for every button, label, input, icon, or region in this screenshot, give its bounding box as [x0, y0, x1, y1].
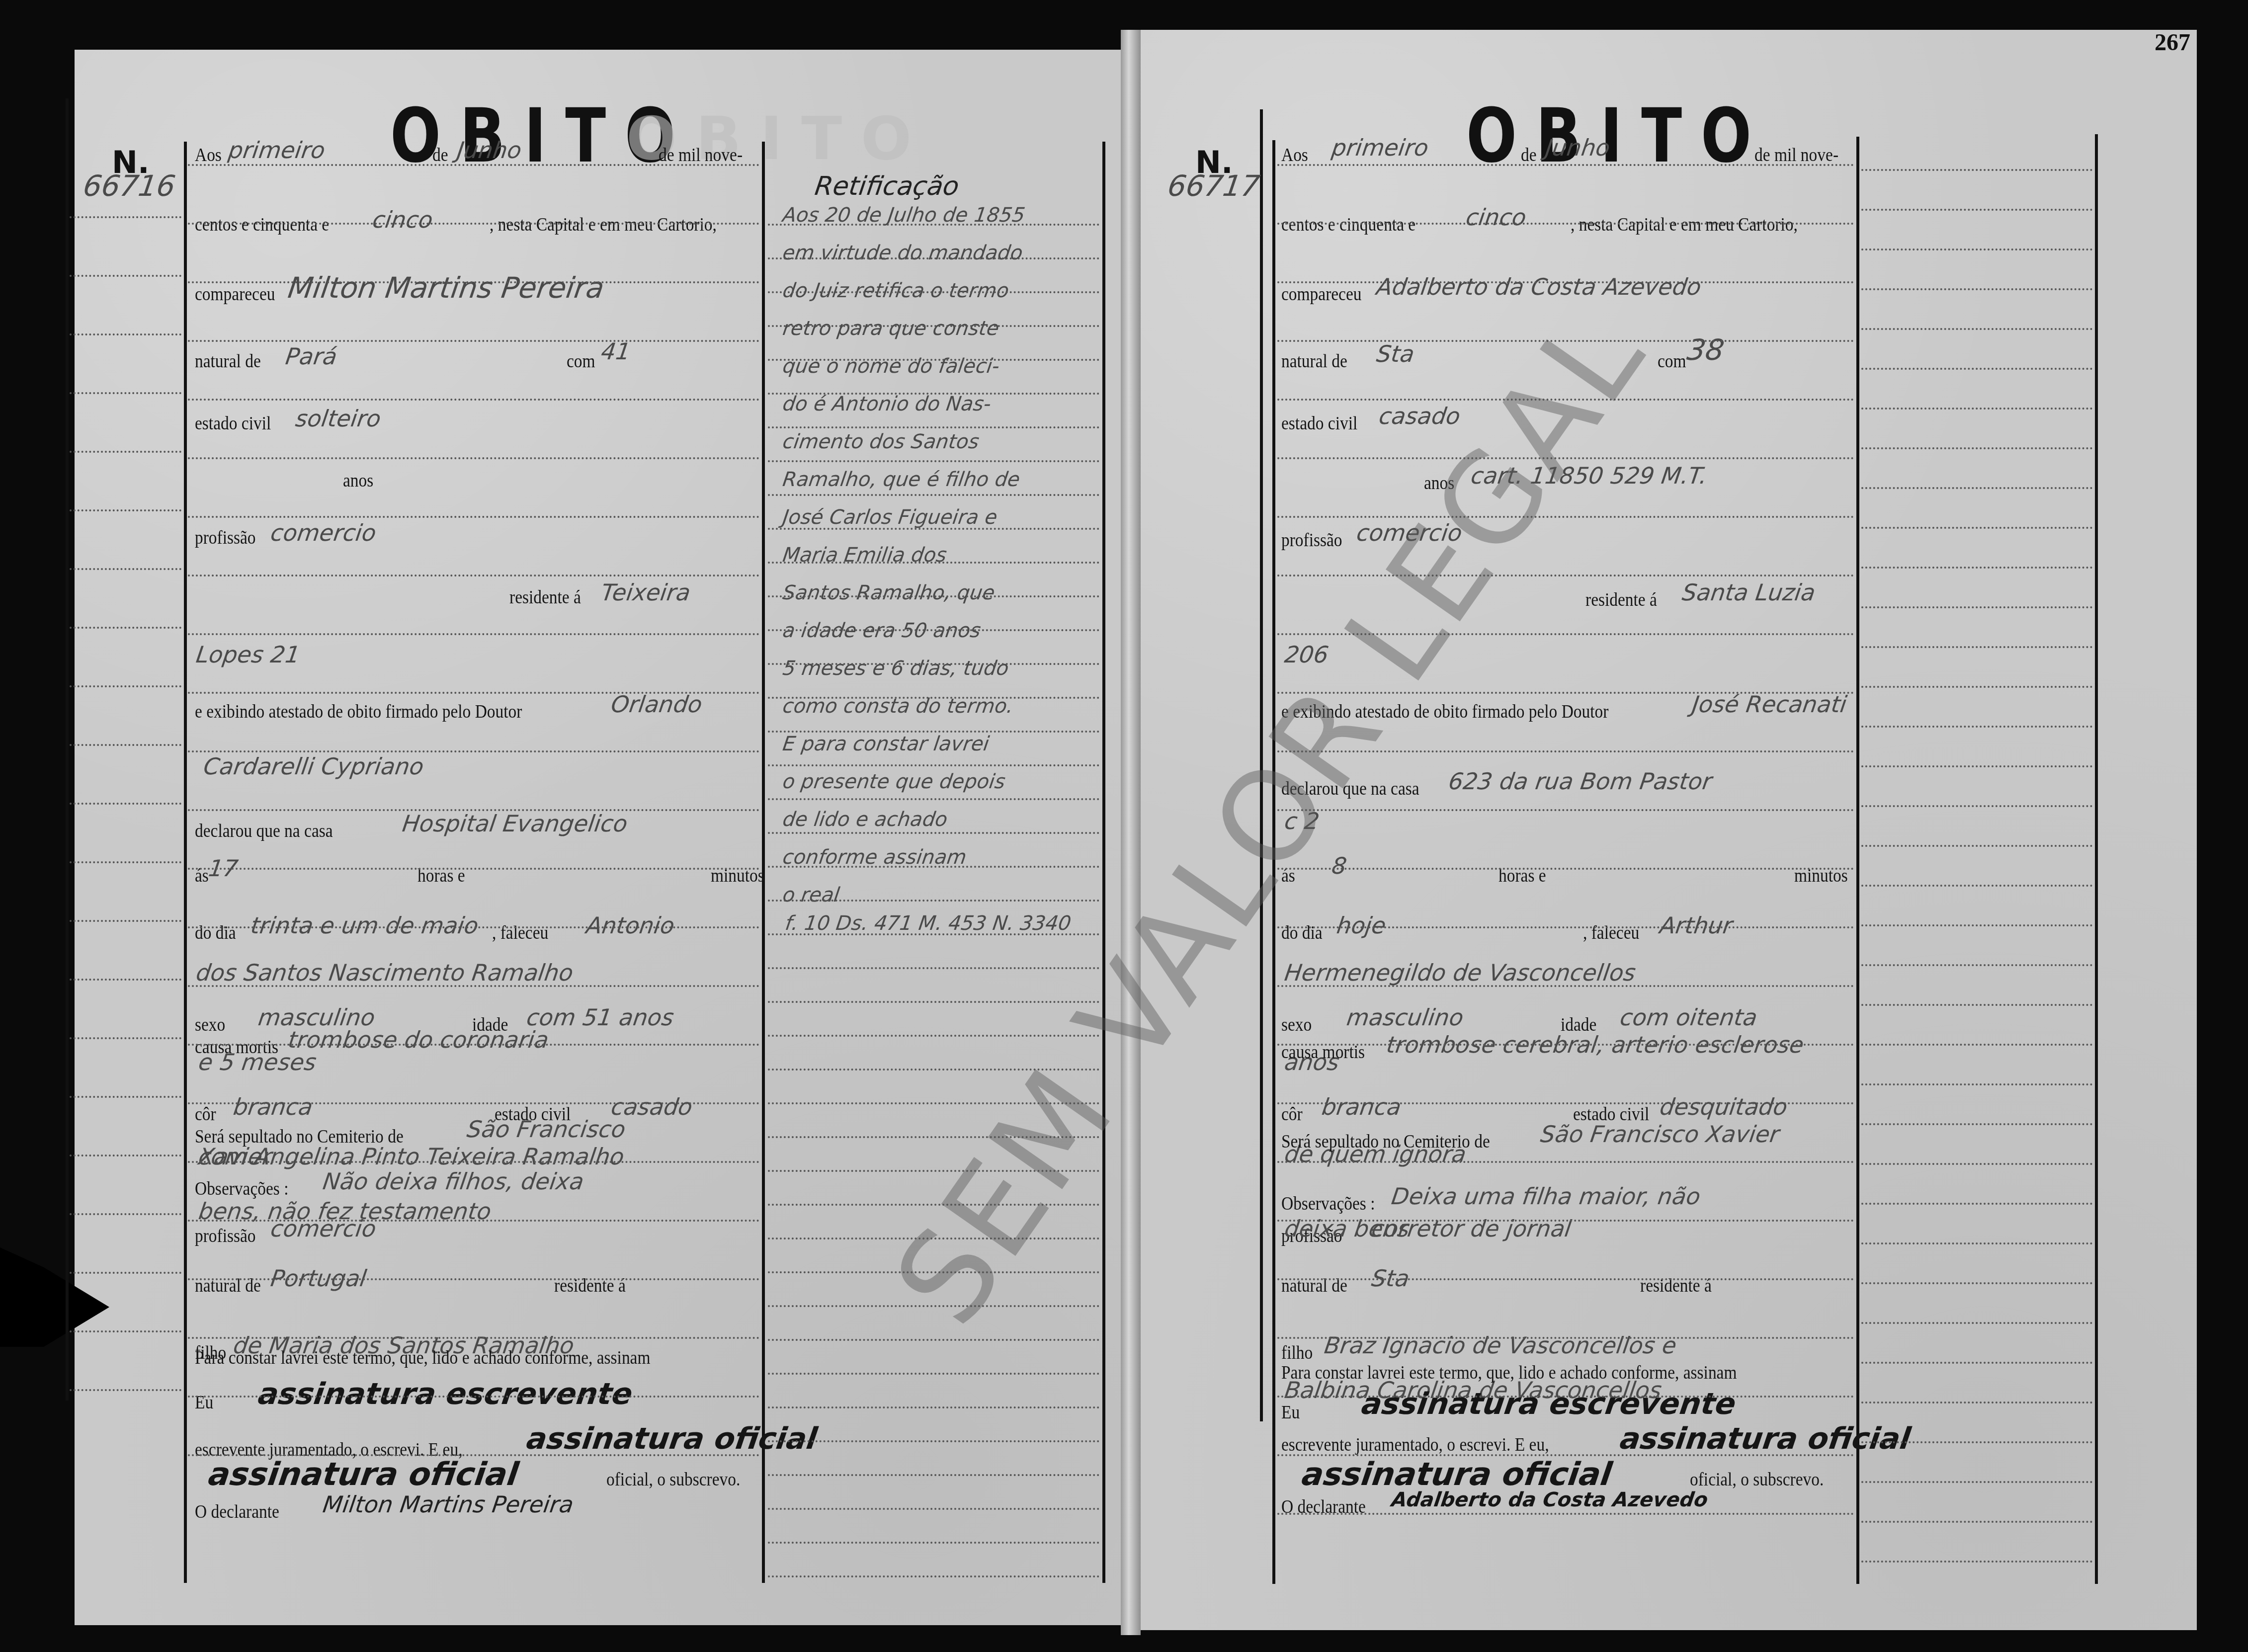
label-nesta-capital: , nesta Capital e em meu Cartorio, — [490, 214, 717, 236]
label-atestado: e exibindo atestado de obito firmado pel… — [195, 701, 522, 723]
field-declarant-age: 41 — [599, 338, 632, 365]
ruled-line — [768, 528, 1099, 530]
ruled-line — [1861, 1402, 2092, 1404]
ruled-line — [1277, 1454, 1854, 1456]
ruled-line — [70, 1096, 181, 1098]
label-declarante: O declarante — [195, 1501, 279, 1523]
label-natural: natural de — [195, 350, 261, 372]
r-field-day: primeiro — [1330, 134, 1430, 161]
field-doctor-2: Cardarelli Cypriano — [202, 753, 425, 780]
page-number: 267 — [2155, 29, 2190, 56]
margin-note-line: do é Antonio do Nas- — [781, 393, 993, 415]
ruled-line — [768, 1542, 1099, 1544]
ruled-line — [188, 1220, 759, 1222]
ruled-line — [768, 325, 1099, 327]
ruled-line — [70, 920, 181, 922]
margin-note-line: Santos Ramalho, que — [781, 581, 997, 604]
record-number: 66716 — [81, 169, 177, 203]
margin-note-line: que o nome do faleci- — [781, 355, 1001, 378]
field-observations-1: Não deixa filhos, deixa — [321, 1168, 585, 1195]
r-label-cor: côr — [1281, 1103, 1303, 1125]
label-observacoes: Observações : — [195, 1178, 288, 1200]
ruled-line — [768, 1339, 1099, 1341]
ruled-line — [1861, 686, 2092, 688]
r-label-centos: centos e cinquenta e — [1281, 214, 1415, 236]
ruled-line — [1277, 926, 1854, 928]
r-field-declarant: Adalberto da Costa Azevedo — [1375, 273, 1703, 300]
ruled-line — [1861, 368, 2092, 370]
ruled-line — [1861, 726, 2092, 728]
ruled-line — [188, 575, 759, 577]
ruled-line — [768, 562, 1099, 564]
ruled-line — [1861, 447, 2092, 449]
ruled-line — [1861, 1561, 2092, 1563]
margin-note-line: de lido e achado — [781, 808, 949, 831]
ruled-line — [70, 1330, 181, 1332]
r-field-parents-1: Braz Ignacio de Vasconcellos e — [1323, 1332, 1678, 1359]
ruled-line — [70, 216, 181, 218]
ruled-line — [768, 900, 1099, 902]
label-para-constar: Para constar lavrei este termo, que, lid… — [195, 1347, 650, 1369]
ruled-line — [768, 1508, 1099, 1510]
ruled-line — [1861, 1123, 2092, 1125]
ruled-line — [768, 1305, 1099, 1307]
r-label-de-mil: de mil nove- — [1754, 144, 1838, 166]
label-do-dia: do dia — [195, 922, 236, 944]
ruled-line — [768, 1136, 1099, 1138]
r-label-de: de — [1521, 144, 1537, 166]
label-faleceu: , faleceu — [492, 922, 548, 944]
label-cor: côr — [195, 1103, 216, 1125]
r-field-cemetery: São Francisco Xavier — [1539, 1121, 1781, 1148]
margin-note-line: em virtude do mandado — [781, 242, 1024, 264]
label-profissao: profissão — [195, 527, 256, 549]
ruled-line — [1861, 885, 2092, 887]
r-label-do-dia: do dia — [1281, 922, 1323, 944]
left-form-border-left — [184, 142, 187, 1583]
ruled-line — [1277, 633, 1854, 635]
field-declarant-residence-1: Teixeira — [599, 579, 692, 606]
label-causa: causa mortis — [195, 1036, 278, 1058]
ruled-line — [188, 457, 759, 459]
ruled-line — [188, 1278, 759, 1280]
field-declarant-civil: solteiro — [294, 405, 383, 432]
ruled-line — [188, 633, 759, 635]
ruled-line — [1277, 340, 1854, 342]
r-field-declarant-civil: casado — [1377, 403, 1462, 429]
ruled-line — [1277, 575, 1854, 577]
ruled-line — [70, 333, 181, 335]
r-label-residente: residente á — [1585, 589, 1657, 611]
ruled-line — [1861, 209, 2092, 211]
field-month: Junho — [455, 137, 523, 164]
ruled-line — [1861, 169, 2092, 171]
ruled-line — [768, 764, 1099, 766]
signature-declarant: Milton Martins Pereira — [321, 1491, 575, 1518]
r-field-house-1: 623 da rua Bom Pastor — [1447, 768, 1714, 795]
ruled-line — [1277, 1044, 1854, 1046]
ruled-line — [188, 1044, 759, 1046]
r-field-deceased-2: Hermenegildo de Vasconcellos — [1283, 959, 1637, 986]
r-label-para-constar: Para constar lavrei este termo, que, lid… — [1281, 1362, 1737, 1384]
ruled-line — [188, 1454, 759, 1456]
ruled-line — [70, 861, 181, 863]
field-declarant-profession: comercio — [269, 519, 378, 546]
ruled-line — [768, 731, 1099, 733]
ruled-line — [1277, 281, 1854, 283]
label-estado-civil: estado civil — [195, 413, 271, 434]
ruled-line — [188, 926, 759, 928]
ruled-line — [188, 809, 759, 811]
r-signature-declarant: Adalberto da Costa Azevedo — [1390, 1488, 1709, 1511]
ruled-line — [1861, 1441, 2092, 1443]
r-signature-oficial: assinatura oficial — [1300, 1456, 1614, 1493]
ruled-line — [1277, 457, 1854, 459]
ruled-line — [768, 629, 1099, 631]
label-com: com — [567, 350, 595, 372]
ruled-line — [1861, 924, 2092, 926]
ruled-line — [768, 393, 1099, 395]
ruled-line — [1861, 1083, 2092, 1085]
ruled-line — [188, 340, 759, 342]
label-oficial: oficial, o subscrevo. — [606, 1469, 740, 1490]
ruled-line — [1861, 487, 2092, 489]
ruled-line — [1861, 1044, 2092, 1046]
ruled-line — [188, 399, 759, 401]
field-house: Hospital Evangelico — [401, 810, 629, 837]
margin-note-border-right — [1102, 142, 1105, 1583]
label-residente: residente á — [509, 586, 581, 608]
label-de: de — [432, 144, 448, 166]
ruled-line — [1861, 1521, 2092, 1523]
ruled-line — [1277, 692, 1854, 694]
ruled-line — [1277, 750, 1854, 752]
ruled-line — [1277, 868, 1854, 870]
margin-note-line: cimento dos Santos — [781, 430, 981, 453]
signature-escrevente: assinatura escrevente — [256, 1377, 635, 1411]
ruled-line — [768, 1474, 1099, 1476]
ruled-line — [1277, 223, 1854, 225]
ruled-line — [1277, 809, 1854, 811]
label-aos: Aos — [195, 144, 222, 166]
field-deceased-2: dos Santos Nascimento Ramalho — [194, 959, 575, 986]
book-spine — [1121, 30, 1141, 1635]
ruled-line — [768, 967, 1099, 969]
r-label-estado-civil: estado civil — [1281, 413, 1357, 434]
record-number-right: 66717 — [1166, 169, 1262, 203]
r-field-observations-1: Deixa uma filha maior, não — [1390, 1183, 1702, 1210]
r-field-deceased-1: Arthur — [1658, 912, 1734, 939]
ruled-line — [70, 275, 181, 277]
ruled-line — [1861, 1163, 2092, 1165]
ruled-line — [70, 744, 181, 746]
ruled-line — [70, 451, 181, 453]
ruled-line — [768, 1575, 1099, 1577]
ruled-line — [1277, 1161, 1854, 1163]
field-doctor-1: Orlando — [609, 691, 704, 718]
label-declarou: declarou que na casa — [195, 820, 333, 842]
r-label-observacoes: Observações : — [1281, 1193, 1375, 1215]
ruled-line — [1277, 985, 1854, 987]
r-label-eu: Eu — [1281, 1402, 1300, 1423]
ruled-line — [768, 291, 1099, 293]
r-label-aos: Aos — [1281, 144, 1308, 166]
field-color: branca — [232, 1093, 315, 1120]
margin-note-line: o real — [781, 884, 841, 907]
ruled-line — [1277, 1278, 1854, 1280]
r-field-year: cinco — [1464, 204, 1528, 231]
ruled-line — [1861, 1242, 2092, 1244]
ruled-line — [1277, 1102, 1854, 1104]
ruled-line — [188, 1337, 759, 1339]
label-sexo: sexo — [195, 1014, 225, 1036]
r-label-profissao: profissão — [1281, 529, 1342, 551]
ruled-line — [70, 392, 181, 394]
margin-note-heading: Retificação — [813, 171, 961, 201]
ruled-line — [1861, 248, 2092, 250]
ruled-line — [1861, 1362, 2092, 1364]
field-declarant: Milton Martins Pereira — [286, 271, 606, 305]
ruled-line — [768, 866, 1099, 868]
ruled-line — [1861, 1322, 2092, 1324]
ruled-line — [70, 1155, 181, 1156]
ruled-line — [768, 1238, 1099, 1239]
ruled-line — [1861, 527, 2092, 529]
label-eu: Eu — [195, 1392, 213, 1413]
margin-note-line: José Carlos Figueira e — [781, 506, 999, 529]
ruled-line — [1861, 1282, 2092, 1284]
ruled-line — [1277, 164, 1854, 166]
r-field-doctor: José Recanati — [1690, 691, 1848, 718]
r-label-filho: filho — [1281, 1342, 1313, 1364]
ruled-line — [1861, 408, 2092, 410]
r-label-oficial: oficial, o subscrevo. — [1690, 1469, 1824, 1490]
r-field-month: Junho — [1544, 134, 1612, 161]
ruled-line — [1861, 328, 2092, 330]
ruled-line — [1861, 964, 2092, 966]
signature-oficial: assinatura oficial — [206, 1456, 521, 1493]
ruled-line — [188, 281, 759, 283]
ruled-line — [70, 568, 181, 570]
ruled-line — [768, 832, 1099, 834]
ruled-line — [768, 1069, 1099, 1071]
margin-note-reference: f. 10 Ds. 471 M. 453 N. 3340 — [784, 912, 1073, 935]
margin-note-line: o presente que depois — [781, 770, 1007, 793]
r-label-escrevente: escrevente juramentado, o escrevi. E eu, — [1281, 1434, 1549, 1456]
ruled-line — [768, 1373, 1099, 1375]
r-field-declarant-residence-1: Santa Luzia — [1680, 579, 1817, 606]
ruled-line — [768, 1204, 1099, 1206]
ruled-line — [768, 460, 1099, 462]
right-title: OBITO — [1466, 93, 1770, 180]
field-cemetery-2: Xavier — [197, 1143, 274, 1170]
label-compareceu: compareceu — [195, 283, 275, 305]
r-field-declarant-origin: Sta — [1375, 340, 1416, 367]
field-day-of-death: trinta e um de maio — [249, 912, 480, 939]
ruled-line — [1277, 516, 1854, 518]
r-label-sepultado: Será sepultado no Cemiterio de — [1281, 1131, 1490, 1153]
ruled-line — [1861, 1004, 2092, 1006]
ruled-line — [70, 627, 181, 629]
ruled-line — [188, 1161, 759, 1163]
r-field-color: branca — [1320, 1093, 1403, 1120]
ruled-line — [768, 595, 1099, 597]
ruled-line — [1277, 399, 1854, 401]
ruled-line — [1861, 606, 2092, 608]
ruled-line — [768, 1440, 1099, 1442]
margin-note-line: retro para que conste — [781, 317, 1000, 340]
ruled-line — [1861, 1481, 2092, 1483]
ruled-line — [1861, 845, 2092, 847]
label-de-mil: de mil nove- — [659, 144, 743, 166]
field-day: primeiro — [227, 137, 327, 164]
field-cemetery-1: São Francisco — [465, 1116, 627, 1143]
ruled-line — [188, 164, 759, 166]
ruled-line — [70, 1037, 181, 1039]
ruled-line — [768, 426, 1099, 428]
ruled-line — [1277, 1396, 1854, 1398]
ruled-line — [1861, 567, 2092, 569]
ruled-line — [768, 257, 1099, 259]
field-declarant-residence-2: Lopes 21 — [194, 641, 302, 668]
ruled-line — [768, 224, 1099, 226]
ruled-line — [768, 1170, 1099, 1172]
ruled-line — [70, 979, 181, 981]
r-label-compareceu: compareceu — [1281, 283, 1362, 305]
ruled-line — [188, 692, 759, 694]
r-field-age-1: com oitenta — [1618, 1004, 1759, 1031]
ruled-line — [70, 1272, 181, 1274]
right-form-border-right — [1856, 137, 1859, 1584]
r-label-faleceu: , faleceu — [1583, 922, 1639, 944]
right-outer-border — [2095, 134, 2098, 1584]
label-centos: centos e cinquenta e — [195, 214, 329, 236]
ruled-line — [768, 1035, 1099, 1037]
ruled-line — [1861, 288, 2092, 290]
ruled-line — [768, 494, 1099, 496]
r-label-nesta-capital: , nesta Capital e em meu Cartorio, — [1571, 214, 1798, 236]
ruled-line — [188, 868, 759, 870]
ruled-line — [188, 1396, 759, 1398]
r-field-sex: masculino — [1345, 1004, 1465, 1031]
ruled-line — [1277, 1220, 1854, 1222]
ruled-line — [1861, 805, 2092, 807]
ruled-line — [70, 509, 181, 511]
r-field-day-of-death: hoje — [1335, 912, 1388, 939]
ruled-line — [768, 1001, 1099, 1003]
ruled-line — [768, 359, 1099, 361]
ruled-line — [188, 1102, 759, 1104]
ruled-line — [1861, 1203, 2092, 1205]
ruled-line — [188, 985, 759, 987]
ruled-line — [768, 1271, 1099, 1273]
ruled-line — [768, 697, 1099, 699]
ruled-line — [768, 663, 1099, 665]
ruled-line — [188, 223, 759, 225]
margin-note-line: E para constar lavrei — [781, 733, 991, 755]
r-label-natural: natural de — [1281, 350, 1347, 372]
ruled-line — [70, 1389, 181, 1391]
margin-note-line: do Juiz retifica o termo — [781, 279, 1010, 302]
signature-oficial-top: assinatura oficial — [524, 1421, 820, 1456]
ruled-line — [768, 1102, 1099, 1104]
field-deceased-1: Antonio — [584, 912, 676, 939]
margin-note-line: 5 meses e 6 dias, tudo — [781, 657, 1010, 680]
ruled-line — [188, 516, 759, 518]
ruled-line — [1277, 1513, 1854, 1515]
margin-note-line: Ramalho, que é filho de — [781, 468, 1021, 491]
r-label-sexo: sexo — [1281, 1014, 1312, 1036]
ruled-line — [70, 685, 181, 687]
ruled-line — [768, 1406, 1099, 1408]
field-year: cinco — [371, 206, 434, 233]
ruled-line — [1861, 765, 2092, 767]
field-cause: trombose do coronaria — [286, 1026, 550, 1053]
ruled-line — [70, 803, 181, 805]
label-anos: anos — [343, 470, 373, 492]
ruled-line — [1861, 646, 2092, 648]
r-signature-oficial-top: assinatura oficial — [1618, 1421, 1913, 1456]
ruled-line — [188, 750, 759, 752]
ruled-line — [70, 1213, 181, 1215]
ruled-line — [1277, 1337, 1854, 1339]
left-margin-border — [66, 98, 69, 1401]
r-signature-escrevente: assinatura escrevente — [1359, 1387, 1738, 1421]
field-declarant-origin: Pará — [284, 343, 339, 370]
r-field-civil-1: desquitado — [1658, 1093, 1789, 1120]
r-field-declarant-age: 38 — [1685, 333, 1726, 367]
ruled-line — [768, 933, 1099, 935]
label-profissao-2: profissão — [195, 1225, 256, 1247]
left-form-border-right — [762, 142, 765, 1583]
ruled-line — [768, 798, 1099, 800]
